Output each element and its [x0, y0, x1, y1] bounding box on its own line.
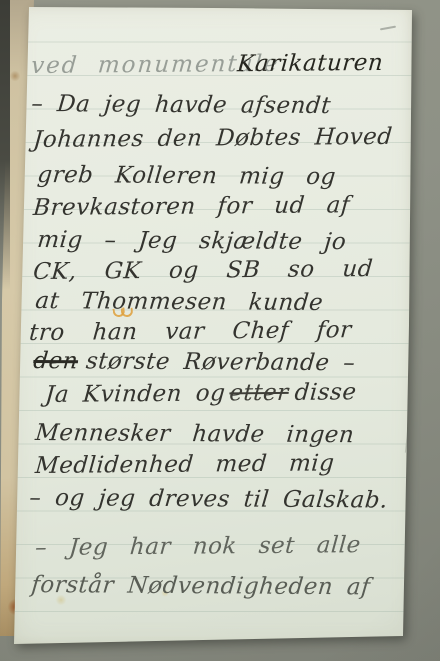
handwriting-line: ved monumentaleKarikaturen	[30, 48, 384, 81]
handwriting-line: CK, GK og SB so ud	[32, 254, 374, 287]
handwriting-line: mig – Jeg skjældte jo	[36, 225, 348, 257]
struck-word: den	[32, 348, 79, 374]
line-text: tro han var Chef for	[28, 317, 353, 346]
handwriting-line: – Jeg har nok set alle	[34, 530, 362, 563]
handwriting-line: Medlidenhed med mig	[34, 448, 336, 481]
handwriting-line: Johannes den Døbtes Hoved	[32, 122, 394, 155]
line-text: – Jeg har nok set alle	[34, 532, 362, 561]
handwriting-line: Mennesker havde ingen	[34, 418, 356, 450]
handwriting-line: Ja Kvinden ogetterdisse	[44, 377, 358, 410]
line-text: – og jeg dreves til Galskab.	[28, 485, 389, 514]
line-text: forstår Nødvendigheden af	[30, 572, 371, 600]
line-text: største Røverbande –	[85, 348, 357, 376]
line-text: – Da jeg havde afsendt	[30, 91, 332, 119]
line-text: mig – Jeg skjældte jo	[36, 227, 347, 255]
line-text: CK, GK og SB so ud	[32, 256, 374, 285]
pencil-words: ved monumentale	[30, 49, 239, 81]
line-text: Johannes den Døbtes Hoved	[32, 124, 393, 153]
handwriting-line: tro han var Chef for	[28, 315, 353, 348]
line-text: disse	[294, 379, 358, 406]
handwriting-line: forstår Nødvendigheden af	[30, 570, 372, 602]
line-text: at Thommesen kunde	[34, 288, 324, 316]
foxing-spot	[403, 565, 412, 574]
handwriting-line: – og jeg dreves til Galskab.	[28, 483, 389, 516]
page-wrap: ved monumentaleKarikaturen – Da jeg havd…	[0, 0, 440, 661]
line-text: greb Kolleren mig og	[36, 162, 337, 190]
manuscript-photo: ved monumentaleKarikaturen – Da jeg havd…	[0, 0, 440, 661]
handwriting-line: greb Kolleren mig og	[36, 160, 337, 192]
handwriting-line: Brevkastoren for ud af	[32, 190, 351, 223]
line-text: Mennesker havde ingen	[34, 420, 355, 448]
struck-word: etter	[228, 380, 289, 407]
handwriting-line: at Thommesen kunde	[34, 286, 325, 318]
line-text: Medlidenhed med mig	[34, 450, 335, 479]
ink-word: Karikaturen	[236, 50, 384, 77]
handwriting-line: denstørste Røverbande –	[32, 346, 357, 378]
line-text: Brevkastoren for ud af	[32, 192, 351, 221]
manuscript-page: ved monumentaleKarikaturen – Da jeg havd…	[13, 5, 415, 646]
handwriting-line: – Da jeg havde afsendt	[30, 89, 332, 121]
line-text: Ja Kvinden og	[44, 380, 226, 408]
